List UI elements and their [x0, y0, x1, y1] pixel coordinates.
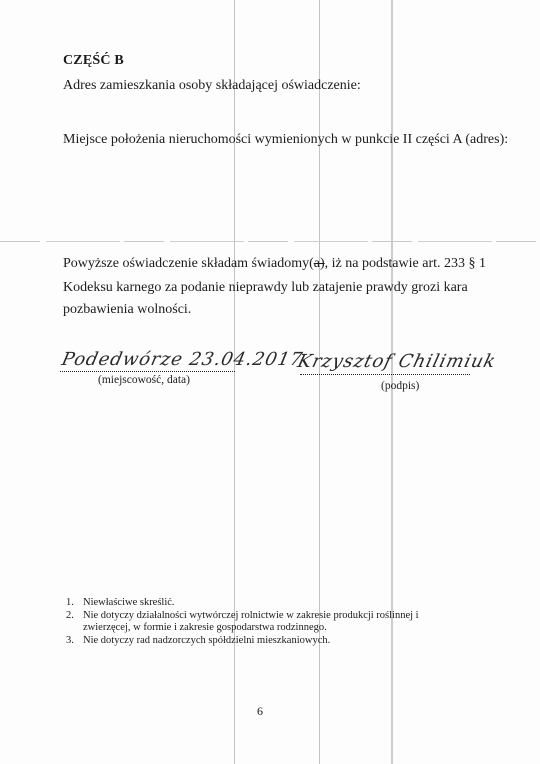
- section-heading: CZĘŚĆ B: [63, 53, 124, 69]
- struck-text: a): [314, 256, 325, 271]
- document-page: CZĘŚĆ B Adres zamieszkania osoby składaj…: [0, 0, 540, 764]
- place-date-dotted-line: [60, 371, 235, 372]
- footnote-item: zwierzęcej, w formie i zakresie gospodar…: [66, 622, 419, 635]
- address-label: Adres zamieszkania osoby składającej ośw…: [63, 78, 361, 94]
- declaration-line-3: pozbawienia wolności.: [63, 302, 191, 318]
- scan-fold-line-horizontal: [0, 241, 540, 242]
- property-location-label: Miejsce położenia nieruchomości wymienio…: [63, 132, 508, 148]
- declaration-line-2: Kodeksu karnego za podanie nieprawdy lub…: [63, 280, 468, 296]
- scan-fold-line: [319, 0, 320, 764]
- declaration-text: Powyższe oświadczenie składam świadomy(: [63, 256, 314, 271]
- handwritten-signature: Krzysztof Chilimiuk: [295, 351, 498, 372]
- signature-caption: (podpis): [381, 380, 419, 392]
- footnote-item: 1.Niewłaściwe skreślić.: [66, 597, 419, 610]
- declaration-line-1: Powyższe oświadczenie składam świadomy(a…: [63, 256, 486, 272]
- declaration-text: , iż na podstawie art. 233 § 1: [325, 256, 486, 271]
- footnote-item: 2.Nie dotyczy działalności wytwórczej ro…: [66, 610, 419, 623]
- scan-fold-line: [234, 0, 235, 764]
- footnote-item: 3.Nie dotyczy rad nadzorczych spółdzieln…: [66, 635, 419, 648]
- place-date-caption: (miejscowość, data): [98, 374, 190, 386]
- page-number: 6: [257, 704, 263, 719]
- signature-dotted-line: [300, 374, 470, 375]
- footnotes: 1.Niewłaściwe skreślić. 2.Nie dotyczy dz…: [66, 597, 419, 647]
- handwritten-place-date: Podedwórze 23.04.2017: [60, 349, 305, 370]
